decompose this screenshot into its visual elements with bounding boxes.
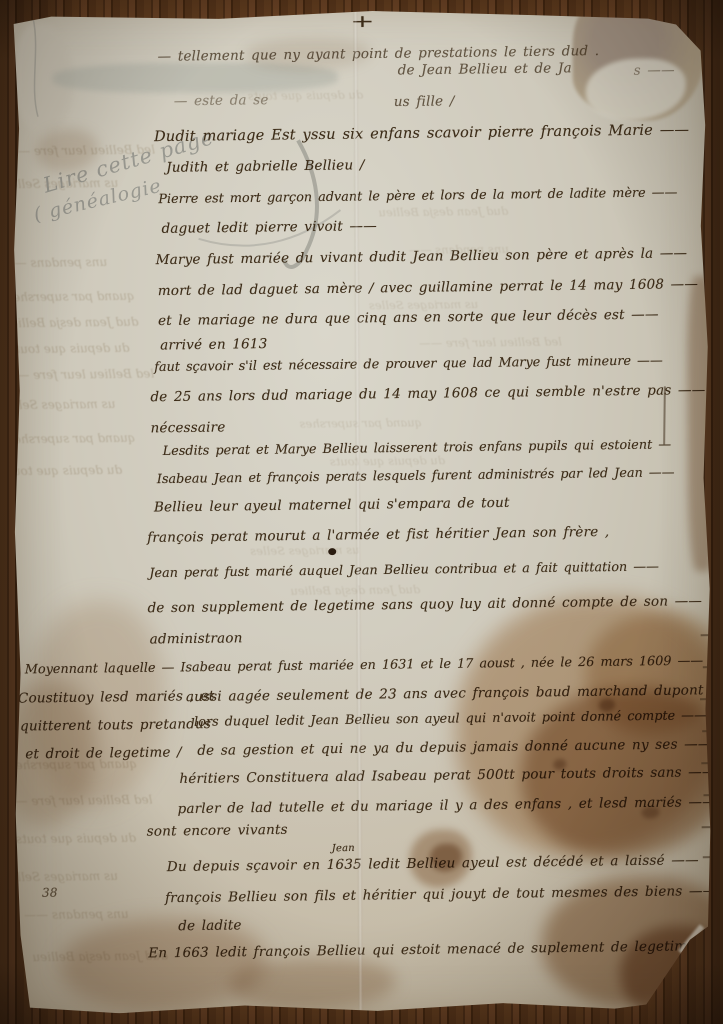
ink-line: arrivé en 1613 — [160, 336, 268, 353]
inserted-word: Jean — [332, 843, 355, 854]
ink-line: Bellieu leur ayeul maternel qui s'empara… — [154, 495, 510, 516]
margin-note-line: quitterent touts pretandus — [20, 716, 211, 734]
ink-line: parler de lad tutelle et du mariage il y… — [177, 794, 716, 817]
ghost-line: us mariages Selles — [250, 543, 359, 558]
cross-mark: + — [350, 12, 375, 32]
ghost-line: quand par supershes — [7, 289, 135, 305]
ink-line: de sa gestion et qui ne ya du depuis jam… — [197, 736, 711, 759]
ghost-line: us mariages Selles — [4, 869, 118, 884]
ghost-line: dud Jean desja Bellieu — [378, 204, 508, 220]
manuscript-photo: led Bellieu leur fere —— us mariages Sel… — [0, 0, 723, 1024]
large-right-stain — [455, 596, 723, 857]
ink-line: Marye fust mariée du vivant dudit Jean B… — [156, 245, 688, 268]
ink-line: Du depuis sçavoir en 1635 ledit Bellieu … — [167, 852, 699, 875]
manuscript-paper: led Bellieu leur fere —— us mariages Sel… — [9, 4, 712, 1016]
ink-line: de son supplement de legetime sans quoy … — [147, 593, 702, 616]
ink-line: françois perat mourut a l'armée et fist … — [147, 524, 609, 546]
ink-line: nécessaire — [150, 419, 225, 436]
ink-line: — este da se — [174, 92, 269, 109]
ink-line: françois Bellieu son fils et héritier qu… — [165, 883, 717, 906]
ghost-line: uns pendans —— — [3, 255, 108, 270]
ink-line: En 1663 ledit françois Bellieu qui estoi… — [148, 938, 723, 962]
ghost-line: quand par supershes — [299, 415, 422, 430]
ink-line: faut sçavoir s'il est nécessaire de prou… — [154, 353, 663, 375]
ink-line: de Jean Bellieu et de Ja — [398, 60, 572, 78]
ink-line: daguet ledit pierre vivoit —— — [161, 218, 377, 237]
ink-line: Isabeau Jean et françois perats lesquels… — [157, 465, 675, 487]
ink-line: administraon — [150, 630, 243, 647]
ink-line: de ladite — [178, 917, 242, 934]
ghost-line: led Bellieu leur fere —— — [419, 334, 562, 350]
ink-line: us fille / — [394, 93, 455, 110]
paper-content: led Bellieu leur fere —— us mariages Sel… — [0, 0, 723, 1024]
ghost-line: dud Jean desja Bellieu — [3, 315, 139, 331]
ink-line: Dudit mariage Est yssu six enfans scavoi… — [154, 122, 689, 145]
margin-note-line: Moyennant laquelle — Isabeau perat fust … — [25, 654, 704, 678]
ghost-line: uns pendans —— — [24, 907, 129, 922]
ink-line: aussi aagée seulement de 23 ans avec fra… — [186, 682, 723, 705]
ghost-line: du depuis que touts — [2, 463, 122, 478]
ink-line: Pierre est mort garçon advant le père et… — [158, 185, 677, 207]
top-left-abrasion — [15, 23, 74, 131]
ink-line: lors duquel ledit Jean Bellieu son ayeul… — [194, 708, 707, 730]
margin-note-line: et droit de legetime / — [25, 744, 182, 762]
ink-line: de 25 ans lors dud mariage du 14 may 160… — [150, 382, 705, 405]
ghost-line: led Bellieu leur fere —— — [3, 793, 152, 809]
page-mark: 38 — [42, 886, 58, 900]
ghost-line: quand par supershes — [8, 431, 136, 447]
bottom-center-stain — [230, 958, 395, 1011]
ink-line: et le mariage ne dura que cinq ans en so… — [158, 306, 659, 329]
ink-line: s —— — [634, 62, 675, 79]
ink-line: Judith et gabrielle Bellieu / — [166, 157, 365, 176]
ink-line: héritiers Constituera alad Isabeau perat… — [179, 764, 715, 787]
ink-line: sont encore vivants — [147, 822, 288, 840]
ghost-line: led Bellieu leur fere —— — [5, 367, 154, 383]
ink-line: mort de lad daguet sa mère / avec guilla… — [158, 276, 698, 299]
ink-line: Jean perat fust marié auquel Jean Bellie… — [149, 559, 659, 581]
ghost-line: du depuis que touts — [16, 831, 136, 846]
ghost-line: dud Jean desja Bellieu — [290, 582, 420, 598]
ghost-line: du depuis que touts — [9, 341, 129, 356]
